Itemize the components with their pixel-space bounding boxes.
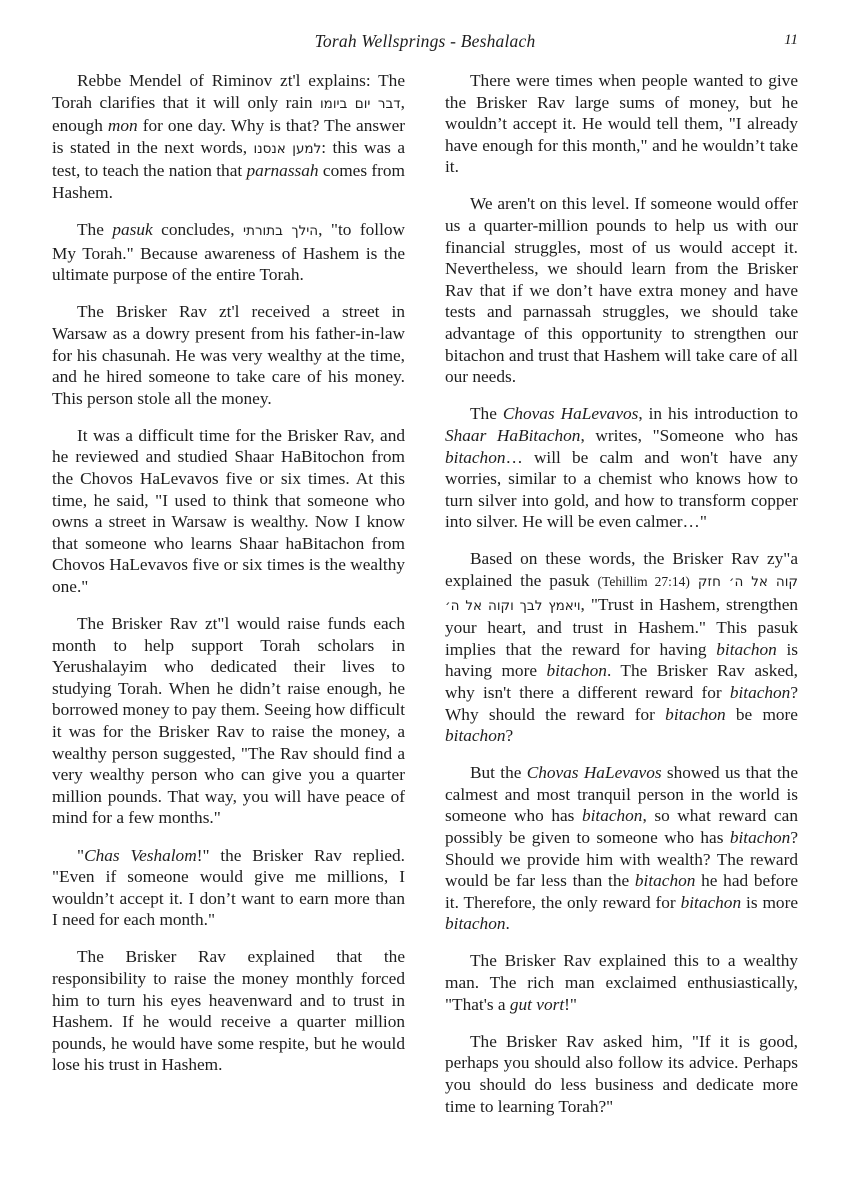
italic-term: gut vort xyxy=(510,995,564,1014)
italic-term: bitachon xyxy=(681,893,741,912)
italic-term: bitachon xyxy=(445,448,505,467)
text: But the xyxy=(470,763,527,782)
text: concludes, xyxy=(153,220,243,239)
italic-term: bitachon xyxy=(445,914,505,933)
paragraph: The pasuk concludes, הילך בתורתי, "to fo… xyxy=(52,219,405,286)
paragraph: Rebbe Mendel of Riminov zt'l explains: T… xyxy=(52,70,405,204)
hebrew-text: למען אנסנו xyxy=(254,141,322,157)
text: is more xyxy=(741,893,798,912)
italic-term: pasuk xyxy=(112,220,152,239)
italic-term: bitachon xyxy=(445,726,505,745)
text: , in his introduction to xyxy=(638,404,798,423)
hebrew-text: דבר יום ביומו xyxy=(320,96,401,112)
italic-term: bitachon xyxy=(546,661,606,680)
italic-term: parnassah xyxy=(247,161,319,180)
paragraph: The Brisker Rav zt'l received a street i… xyxy=(52,301,405,409)
left-column: Rebbe Mendel of Riminov zt'l explains: T… xyxy=(52,70,405,1091)
hebrew-text: הילך בתורתי xyxy=(243,223,318,239)
paragraph: There were times when people wanted to g… xyxy=(445,70,798,178)
italic-term: bitachon xyxy=(716,640,776,659)
page-number: 11 xyxy=(784,32,798,49)
paragraph: We aren't on this level. If someone woul… xyxy=(445,193,798,387)
text: The xyxy=(470,404,503,423)
italic-term: mon xyxy=(108,116,138,135)
paragraph: But the Chovas HaLevavos showed us that … xyxy=(445,762,798,935)
text: !" xyxy=(564,995,577,1014)
right-column: There were times when people wanted to g… xyxy=(445,70,798,1133)
paragraph: The Brisker Rav explained this to a weal… xyxy=(445,950,798,1015)
text: be more xyxy=(726,705,798,724)
paragraph: The Chovas HaLevavos, in his introductio… xyxy=(445,403,798,533)
text: The Brisker Rav explained this to a weal… xyxy=(445,951,798,1013)
paragraph: "Chas Veshalom!" the Brisker Rav replied… xyxy=(52,845,405,931)
text: ? xyxy=(505,726,513,745)
verse-reference: (Tehillim 27:14) xyxy=(598,574,690,589)
text: . xyxy=(505,914,509,933)
paragraph: Based on these words, the Brisker Rav zy… xyxy=(445,548,798,746)
page-title: Torah Wellsprings - Beshalach xyxy=(52,31,798,52)
italic-term: bitachon xyxy=(730,828,790,847)
paragraph: It was a difficult time for the Brisker … xyxy=(52,425,405,598)
italic-term: Chovas HaLevavos xyxy=(527,763,662,782)
italic-term: bitachon xyxy=(582,806,642,825)
italic-term: bitachon xyxy=(635,871,695,890)
text: The xyxy=(77,220,112,239)
italic-term: bitachon xyxy=(665,705,725,724)
italic-term: Shaar HaBitachon xyxy=(445,426,580,445)
paragraph: The Brisker Rav explained that the respo… xyxy=(52,946,405,1076)
italic-term: Chovas HaLevavos xyxy=(503,404,639,423)
paragraph: The Brisker Rav asked him, "If it is goo… xyxy=(445,1031,798,1117)
text: , writes, "Someone who has xyxy=(580,426,798,445)
paragraph: The Brisker Rav zt"l would raise funds e… xyxy=(52,613,405,829)
running-header: Torah Wellsprings - Beshalach 11 xyxy=(52,31,798,57)
text: " xyxy=(77,846,84,865)
italic-term: bitachon xyxy=(730,683,790,702)
italic-term: Chas Veshalom xyxy=(84,846,197,865)
